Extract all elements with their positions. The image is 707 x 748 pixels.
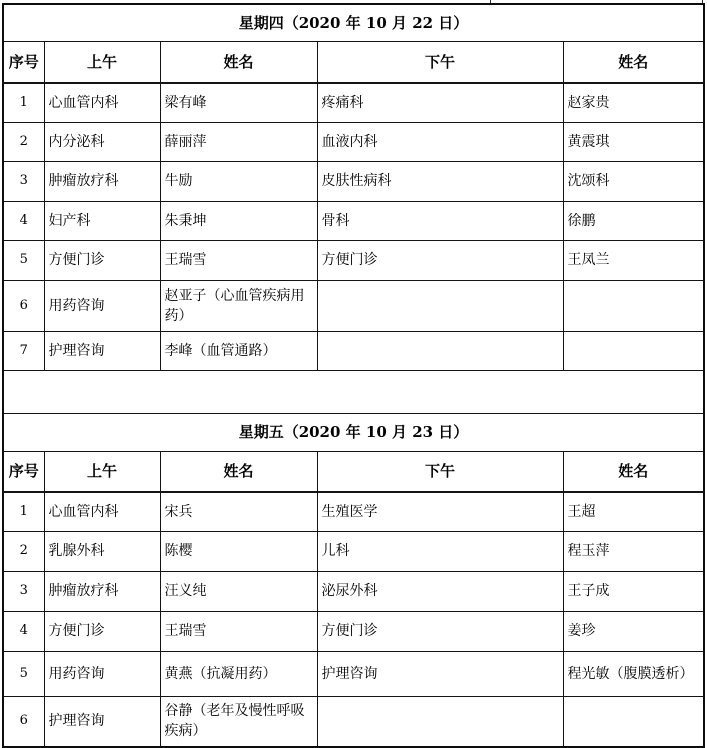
seq-cell: 1	[3, 492, 44, 531]
morning-dept-cell: 护理咨询	[44, 696, 160, 747]
table-row: 6 用药咨询 赵亚子（心血管疾病用药）	[3, 280, 704, 331]
morning-name-cell: 薛丽萍	[160, 122, 317, 161]
morning-dept-cell: 乳腺外科	[44, 531, 160, 571]
afternoon-name-cell: 王超	[563, 492, 704, 531]
duty-schedule-table: 星期四（2020 年 10 月 22 日） 序号 上午 姓名 下午 姓名 1 心…	[2, 3, 705, 748]
afternoon-dept-cell	[317, 696, 563, 747]
afternoon-name-cell	[563, 331, 704, 370]
morning-dept-cell: 内分泌科	[44, 122, 160, 161]
afternoon-name-cell: 黄震琪	[563, 122, 704, 161]
seq-cell: 2	[3, 531, 44, 571]
morning-name-cell: 王瑞雪	[160, 240, 317, 280]
afternoon-dept-cell	[317, 280, 563, 331]
column-header-afternoon: 下午	[317, 41, 563, 83]
seq-cell: 3	[3, 571, 44, 611]
seq-cell: 1	[3, 83, 44, 122]
column-header-seq: 序号	[3, 451, 44, 492]
seq-cell: 7	[3, 331, 44, 370]
seq-cell: 6	[3, 280, 44, 331]
afternoon-name-cell: 王凤兰	[563, 240, 704, 280]
table-row: 2 内分泌科 薛丽萍 血液内科 黄震琪	[3, 122, 704, 161]
crop-artifact-line	[490, 0, 491, 3]
table-row: 3 肿瘤放疗科 汪义纯 泌尿外科 王子成	[3, 571, 704, 611]
afternoon-name-cell	[563, 696, 704, 747]
table-title-row-thursday: 星期四（2020 年 10 月 22 日）	[3, 4, 704, 41]
table-row: 4 方便门诊 王瑞雪 方便门诊 姜珍	[3, 611, 704, 651]
afternoon-dept-cell: 泌尿外科	[317, 571, 563, 611]
document-page: 星期四（2020 年 10 月 22 日） 序号 上午 姓名 下午 姓名 1 心…	[0, 0, 707, 748]
afternoon-name-cell: 徐鹏	[563, 201, 704, 240]
afternoon-dept-cell: 方便门诊	[317, 240, 563, 280]
morning-dept-cell: 肿瘤放疗科	[44, 161, 160, 201]
afternoon-name-cell: 姜珍	[563, 611, 704, 651]
morning-name-cell: 谷静（老年及慢性呼吸疾病）	[160, 696, 317, 747]
seq-cell: 3	[3, 161, 44, 201]
afternoon-name-cell: 赵家贵	[563, 83, 704, 122]
seq-cell: 5	[3, 240, 44, 280]
morning-name-cell: 李峰（血管通路）	[160, 331, 317, 370]
column-header-name2: 姓名	[563, 41, 704, 83]
column-header-morning: 上午	[44, 451, 160, 492]
morning-name-cell: 朱秉坤	[160, 201, 317, 240]
morning-name-cell: 王瑞雪	[160, 611, 317, 651]
morning-dept-cell: 心血管内科	[44, 83, 160, 122]
morning-name-cell: 赵亚子（心血管疾病用药）	[160, 280, 317, 331]
table-title-friday: 星期五（2020 年 10 月 23 日）	[3, 413, 704, 451]
morning-dept-cell: 护理咨询	[44, 331, 160, 370]
seq-cell: 4	[3, 201, 44, 240]
column-header-name2: 姓名	[563, 451, 704, 492]
afternoon-dept-cell: 儿科	[317, 531, 563, 571]
table-row: 1 心血管内科 宋兵 生殖医学 王超	[3, 492, 704, 531]
column-header-name1: 姓名	[160, 451, 317, 492]
table-row: 1 心血管内科 梁有峰 疼痛科 赵家贵	[3, 83, 704, 122]
morning-name-cell: 宋兵	[160, 492, 317, 531]
afternoon-name-cell	[563, 280, 704, 331]
table-row: 5 方便门诊 王瑞雪 方便门诊 王凤兰	[3, 240, 704, 280]
column-header-afternoon: 下午	[317, 451, 563, 492]
seq-cell: 6	[3, 696, 44, 747]
afternoon-dept-cell: 生殖医学	[317, 492, 563, 531]
crop-artifact-line	[702, 0, 703, 3]
morning-name-cell: 牛励	[160, 161, 317, 201]
afternoon-dept-cell: 血液内科	[317, 122, 563, 161]
table-row: 7 护理咨询 李峰（血管通路）	[3, 331, 704, 370]
table-row: 2 乳腺外科 陈樱 儿科 程玉萍	[3, 531, 704, 571]
afternoon-dept-cell	[317, 331, 563, 370]
column-header-name1: 姓名	[160, 41, 317, 83]
morning-dept-cell: 心血管内科	[44, 492, 160, 531]
afternoon-dept-cell: 方便门诊	[317, 611, 563, 651]
afternoon-name-cell: 王子成	[563, 571, 704, 611]
column-header-row: 序号 上午 姓名 下午 姓名	[3, 41, 704, 83]
afternoon-name-cell: 沈颂科	[563, 161, 704, 201]
afternoon-name-cell: 程玉萍	[563, 531, 704, 571]
morning-dept-cell: 用药咨询	[44, 280, 160, 331]
table-row: 6 护理咨询 谷静（老年及慢性呼吸疾病）	[3, 696, 704, 747]
afternoon-name-cell: 程光敏（腹膜透析）	[563, 651, 704, 696]
seq-cell: 2	[3, 122, 44, 161]
afternoon-dept-cell: 皮肤性病科	[317, 161, 563, 201]
morning-dept-cell: 方便门诊	[44, 240, 160, 280]
column-header-row: 序号 上午 姓名 下午 姓名	[3, 451, 704, 492]
table-row: 4 妇产科 朱秉坤 骨科 徐鹏	[3, 201, 704, 240]
morning-dept-cell: 用药咨询	[44, 651, 160, 696]
morning-name-cell: 梁有峰	[160, 83, 317, 122]
column-header-morning: 上午	[44, 41, 160, 83]
column-header-seq: 序号	[3, 41, 44, 83]
seq-cell: 4	[3, 611, 44, 651]
afternoon-dept-cell: 护理咨询	[317, 651, 563, 696]
morning-name-cell: 陈樱	[160, 531, 317, 571]
morning-name-cell: 黄燕（抗凝用药）	[160, 651, 317, 696]
table-row: 3 肿瘤放疗科 牛励 皮肤性病科 沈颂科	[3, 161, 704, 201]
afternoon-dept-cell: 疼痛科	[317, 83, 563, 122]
morning-name-cell: 汪义纯	[160, 571, 317, 611]
spacer-row	[3, 370, 704, 413]
table-row: 5 用药咨询 黄燕（抗凝用药） 护理咨询 程光敏（腹膜透析）	[3, 651, 704, 696]
table-title-thursday: 星期四（2020 年 10 月 22 日）	[3, 4, 704, 41]
table-title-row-friday: 星期五（2020 年 10 月 23 日）	[3, 413, 704, 451]
seq-cell: 5	[3, 651, 44, 696]
morning-dept-cell: 方便门诊	[44, 611, 160, 651]
spacer-cell	[3, 370, 704, 413]
morning-dept-cell: 妇产科	[44, 201, 160, 240]
morning-dept-cell: 肿瘤放疗科	[44, 571, 160, 611]
afternoon-dept-cell: 骨科	[317, 201, 563, 240]
